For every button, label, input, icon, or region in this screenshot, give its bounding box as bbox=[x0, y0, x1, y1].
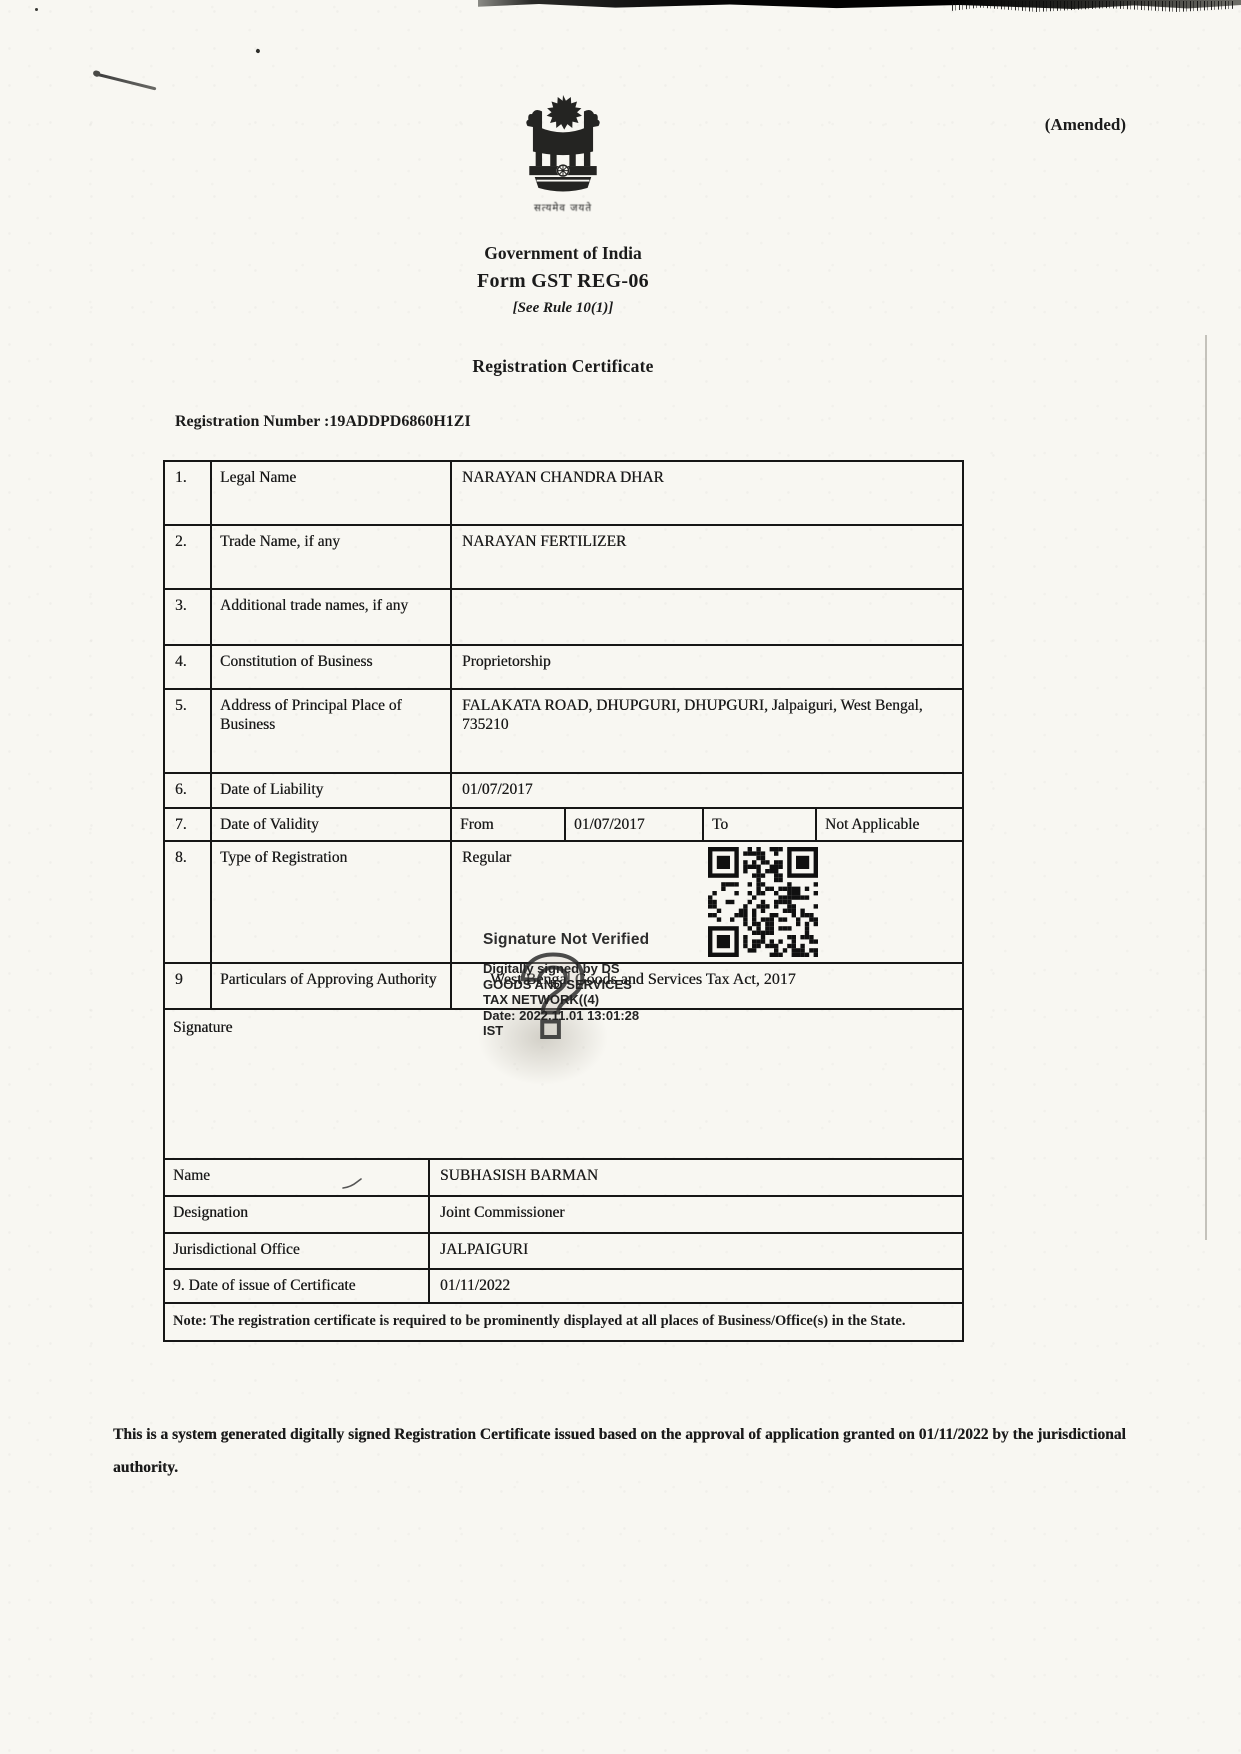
validity-to-value: Not Applicable bbox=[817, 809, 962, 840]
form-title: Form GST REG-06 bbox=[0, 270, 1126, 293]
row-label: Name bbox=[165, 1160, 430, 1195]
satyameva-jayate-motto: सत्यमेव जयते bbox=[0, 200, 1126, 214]
signature-detail-line: TAX NETWORK((4) bbox=[483, 992, 639, 1008]
row-label: Legal Name bbox=[212, 462, 452, 524]
signature-detail-line: GOODS AND SERVICES bbox=[483, 977, 639, 993]
row-number: 7. bbox=[165, 809, 212, 840]
row-label: Jurisdictional Office bbox=[165, 1234, 430, 1268]
row-value: NARAYAN FERTILIZER bbox=[452, 526, 962, 588]
validity-cells: From 01/07/2017 To Not Applicable bbox=[452, 809, 962, 840]
row-value bbox=[452, 590, 962, 644]
registration-number-value: 19ADDPD6860H1ZI bbox=[329, 413, 470, 430]
table-row-jurisdictional-office: Jurisdictional Office JALPAIGURI bbox=[165, 1234, 962, 1270]
ink-dot bbox=[35, 8, 38, 11]
ink-dot bbox=[255, 48, 260, 53]
row-number: 2. bbox=[165, 526, 212, 588]
table-row-note: Note: The registration certificate is re… bbox=[165, 1304, 962, 1340]
row-value: JALPAIGURI bbox=[430, 1234, 962, 1268]
scanned-certificate-page: (Amended) bbox=[0, 0, 1241, 1754]
table-row-date-of-validity: 7. Date of Validity From 01/07/2017 To N… bbox=[165, 809, 962, 842]
validity-to-label: To bbox=[704, 809, 817, 840]
table-row-additional-trade-names: 3. Additional trade names, if any bbox=[165, 590, 962, 646]
row-label: Address of Principal Place of Business bbox=[212, 690, 452, 772]
rule-reference: [See Rule 10(1)] bbox=[0, 300, 1126, 317]
row-label: Constitution of Business bbox=[212, 646, 452, 688]
validity-from-label: From bbox=[452, 809, 564, 840]
row-value: Proprietorship bbox=[452, 646, 962, 688]
row-number: 8. bbox=[165, 842, 212, 962]
row-value: Joint Commissioner bbox=[430, 1197, 962, 1232]
table-row-officer-name: Name SUBHASISH BARMAN bbox=[165, 1160, 962, 1197]
table-row-address: 5. Address of Principal Place of Busines… bbox=[165, 690, 962, 774]
government-of-india-heading: Government of India bbox=[0, 243, 1126, 264]
table-row-date-of-liability: 6. Date of Liability 01/07/2017 bbox=[165, 774, 962, 809]
row-value: SUBHASISH BARMAN bbox=[430, 1160, 962, 1195]
table-row-designation: Designation Joint Commissioner bbox=[165, 1197, 962, 1234]
table-row-constitution: 4. Constitution of Business Proprietorsh… bbox=[165, 646, 962, 690]
row-number: 1. bbox=[165, 462, 212, 524]
row-value: 01/07/2017 bbox=[452, 774, 962, 807]
signature-detail-line: Date: 2022.11.01 13:01:28 bbox=[483, 1008, 639, 1024]
row-label: Type of Registration bbox=[212, 842, 452, 962]
row-number: 3. bbox=[165, 590, 212, 644]
registration-number-line: Registration Number :19ADDPD6860H1ZI bbox=[175, 413, 471, 431]
qr-code bbox=[708, 847, 818, 957]
row-value: Regular bbox=[462, 849, 511, 866]
signature-status-text: Signature Not Verified bbox=[483, 931, 649, 949]
table-row-date-of-issue: 9. Date of issue of Certificate 01/11/20… bbox=[165, 1270, 962, 1303]
row-label: Additional trade names, if any bbox=[212, 590, 452, 644]
document-title: Registration Certificate bbox=[0, 356, 1126, 377]
row-number: 5. bbox=[165, 690, 212, 772]
row-label: Designation bbox=[165, 1197, 430, 1232]
display-note: Note: The registration certificate is re… bbox=[165, 1304, 962, 1340]
signature-detail-line: Digitally signed by DS bbox=[483, 961, 639, 977]
row-label: Trade Name, if any bbox=[212, 526, 452, 588]
registration-number-label: Registration Number : bbox=[175, 413, 329, 430]
row-value: FALAKATA ROAD, DHUPGURI, DHUPGURI, Jalpa… bbox=[452, 690, 962, 772]
scan-edge-line bbox=[1205, 335, 1207, 1240]
row-label: 9. Date of issue of Certificate bbox=[165, 1270, 430, 1301]
digital-signature-details: Digitally signed by DS GOODS AND SERVICE… bbox=[483, 961, 639, 1039]
scan-artifact-streaks bbox=[952, 1, 1234, 12]
row-number: 9 bbox=[165, 964, 212, 1008]
row-label: Date of Liability bbox=[212, 774, 452, 807]
pen-tick-mark bbox=[341, 1178, 367, 1190]
table-row-legal-name: 1. Legal Name NARAYAN CHANDRA DHAR bbox=[165, 462, 962, 526]
row-number: 4. bbox=[165, 646, 212, 688]
row-value: NARAYAN CHANDRA DHAR bbox=[452, 462, 962, 524]
row-label: Date of Validity bbox=[212, 809, 452, 840]
pen-scratch-mark bbox=[96, 73, 157, 91]
emblem-of-india-icon bbox=[0, 93, 1126, 204]
table-row-trade-name: 2. Trade Name, if any NARAYAN FERTILIZER bbox=[165, 526, 962, 590]
signature-detail-line: IST bbox=[483, 1023, 639, 1039]
certificate-table: 1. Legal Name NARAYAN CHANDRA DHAR 2. Tr… bbox=[163, 460, 964, 1342]
row-label: Particulars of Approving Authority bbox=[212, 964, 452, 1008]
system-generated-footer: This is a system generated digitally sig… bbox=[113, 1418, 1135, 1484]
validity-from-value: 01/07/2017 bbox=[564, 809, 704, 840]
row-value: 01/11/2022 bbox=[430, 1270, 962, 1301]
row-number: 6. bbox=[165, 774, 212, 807]
